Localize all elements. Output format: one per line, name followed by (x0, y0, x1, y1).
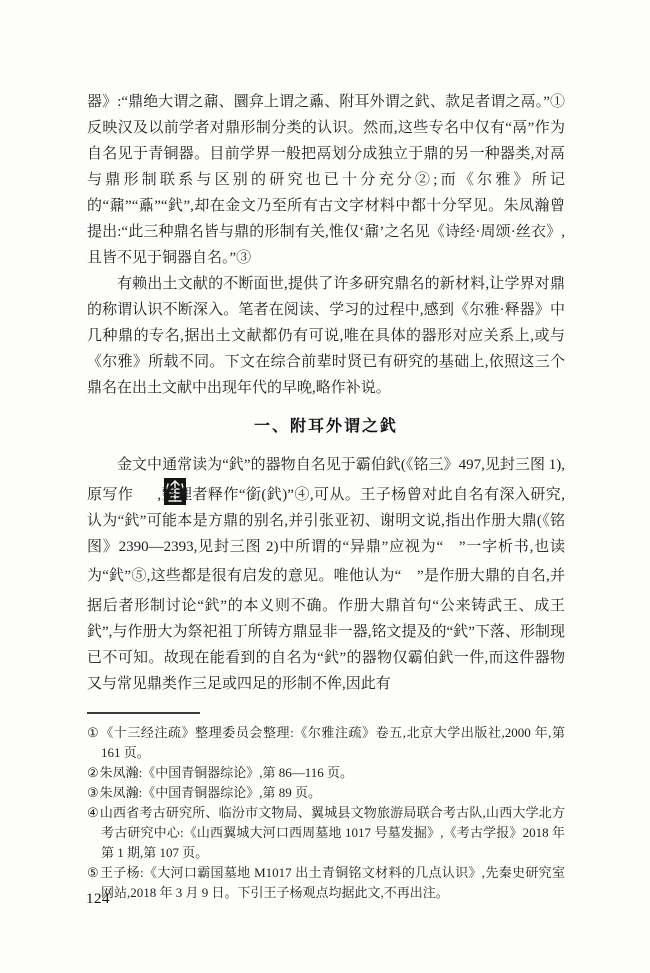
footnote-marker: ③ (87, 785, 99, 800)
paragraph-intro: 有赖出土文献的不断面世,提供了许多研究鼎名的新材料,让学界对鼎的称谓认识不断深入… (87, 271, 565, 401)
paragraph-erya-quote: 器》:“鼎绝大谓之鼐、圜弇上谓之鼒、附耳外谓之釴、款足者谓之鬲。”①反映汉及以前… (87, 89, 565, 271)
footnote-marker: ① (87, 725, 99, 740)
composite-glyph-bottom: 鼎 (401, 584, 417, 592)
footnote-marker: ② (87, 765, 99, 780)
footnote-item: ③朱凤瀚:《中国青铜器综论》,第 89 页。 (87, 783, 565, 803)
footnote-marker: ④ (87, 805, 99, 820)
footnote-text: 王子杨:《大河口霸国墓地 M1017 出土青铜铭文材料的几点认识》,先秦史研究室… (100, 865, 565, 900)
composite-glyph-top: 异 (443, 547, 459, 555)
footnote-separator (87, 712, 200, 714)
text-segment-4: ”是作册大鼎的自名,并据后者形制讨论“釴”的本义则不确。作册大鼎首句“公来铸武王… (87, 568, 565, 691)
footnote-item: ②朱凤瀚:《中国青铜器综论》,第 86—116 页。 (87, 763, 565, 783)
footnote-item: ⑤王子杨:《大河口霸国墓地 M1017 出土青铜铭文材料的几点认识》,先秦史研究… (87, 863, 565, 903)
footnote-marker: ⑤ (87, 865, 99, 880)
footnote-item: ④山西省考古研究所、临汾市文物局、翼城县文物旅游局联合考古队,山西大学北方考古研… (87, 803, 565, 863)
footnote-text: 山西省考古研究所、临汾市文物局、翼城县文物旅游局联合考古队,山西大学北方考古研究… (100, 805, 565, 860)
footnote-item: ①《十三经注疏》整理委员会整理:《尔雅注疏》卷五,北京大学出版社,2000 年,… (87, 723, 565, 763)
footnote-text: 朱凤瀚:《中国青铜器综论》,第 89 页。 (100, 785, 321, 800)
footnotes-block: ①《十三经注疏》整理委员会整理:《尔雅注疏》卷五,北京大学出版社,2000 年,… (87, 723, 565, 903)
composite-glyph-top: 异 (401, 576, 417, 584)
footnote-text: 朱凤瀚:《中国青铜器综论》,第 86—116 页。 (100, 765, 353, 780)
bronze-rubbing-image (134, 478, 156, 505)
section-heading: 一、附耳外谓之釴 (87, 414, 565, 440)
composite-glyph-yi-ding: 异鼎 (401, 576, 417, 593)
composite-glyph-yi-ding: 异鼎 (443, 547, 459, 564)
paragraph-yi-discussion: 金文中通常读为“釴”的器物自名见于霸伯釴(《铭三》497,见封三图 1),原写作… (87, 452, 565, 697)
composite-glyph-bottom: 鼎 (443, 555, 459, 563)
footnote-text: 《十三经注疏》整理委员会整理:《尔雅注疏》卷五,北京大学出版社,2000 年,第… (100, 725, 565, 760)
book-page-content: 器》:“鼎绝大谓之鼐、圜弇上谓之鼒、附耳外谓之釴、款足者谓之鬲。”①反映汉及以前… (87, 89, 565, 903)
page-number: 124 (86, 891, 110, 908)
